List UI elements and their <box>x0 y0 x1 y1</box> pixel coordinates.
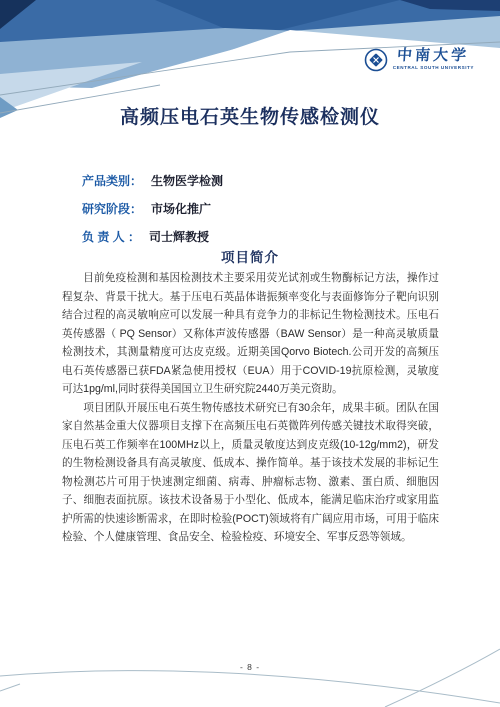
paragraph-2: 项目团队开展压电石英生物传感技术研究已有30余年，成果丰硕。团队在国家自然基金重… <box>62 399 439 547</box>
field-value: 司士辉教授 <box>149 228 209 245</box>
field-value: 生物医学检测 <box>151 172 223 189</box>
field-value: 市场化推广 <box>151 200 211 217</box>
meta-fields: 产品类别： 生物医学检测 研究阶段： 市场化推广 负 责 人 ： 司士辉教授 <box>82 172 223 256</box>
field-research-stage: 研究阶段： 市场化推广 <box>82 200 223 228</box>
university-name-cn: 中南大学 <box>397 49 470 64</box>
field-label: 研究阶段： <box>82 200 142 217</box>
university-name-en: CENTRAL SOUTH UNIVERSITY <box>393 66 474 71</box>
page-title: 高频压电石英生物传感检测仪 <box>0 102 500 129</box>
field-label: 产品类别： <box>82 172 142 189</box>
document-page: 中南大学 CENTRAL SOUTH UNIVERSITY 高频压电石英生物传感… <box>0 0 500 707</box>
section-heading: 项目简介 <box>0 246 500 266</box>
university-logo-text: 中南大学 CENTRAL SOUTH UNIVERSITY <box>393 49 474 71</box>
project-introduction: 目前免疫检测和基因检测技术主要采用荧光试剂或生物酶标记方法，操作过程复杂、背景干… <box>62 269 439 547</box>
footer-graphic <box>0 645 500 707</box>
university-seal-icon <box>364 48 388 72</box>
field-product-category: 产品类别： 生物医学检测 <box>82 172 223 200</box>
university-logo: 中南大学 CENTRAL SOUTH UNIVERSITY <box>364 48 474 72</box>
field-label: 负 责 人 ： <box>82 228 140 245</box>
university-seal-svg <box>364 48 388 72</box>
footer-lines-svg <box>0 645 500 707</box>
paragraph-1: 目前免疫检测和基因检测技术主要采用荧光试剂或生物酶标记方法，操作过程复杂、背景干… <box>62 269 439 399</box>
